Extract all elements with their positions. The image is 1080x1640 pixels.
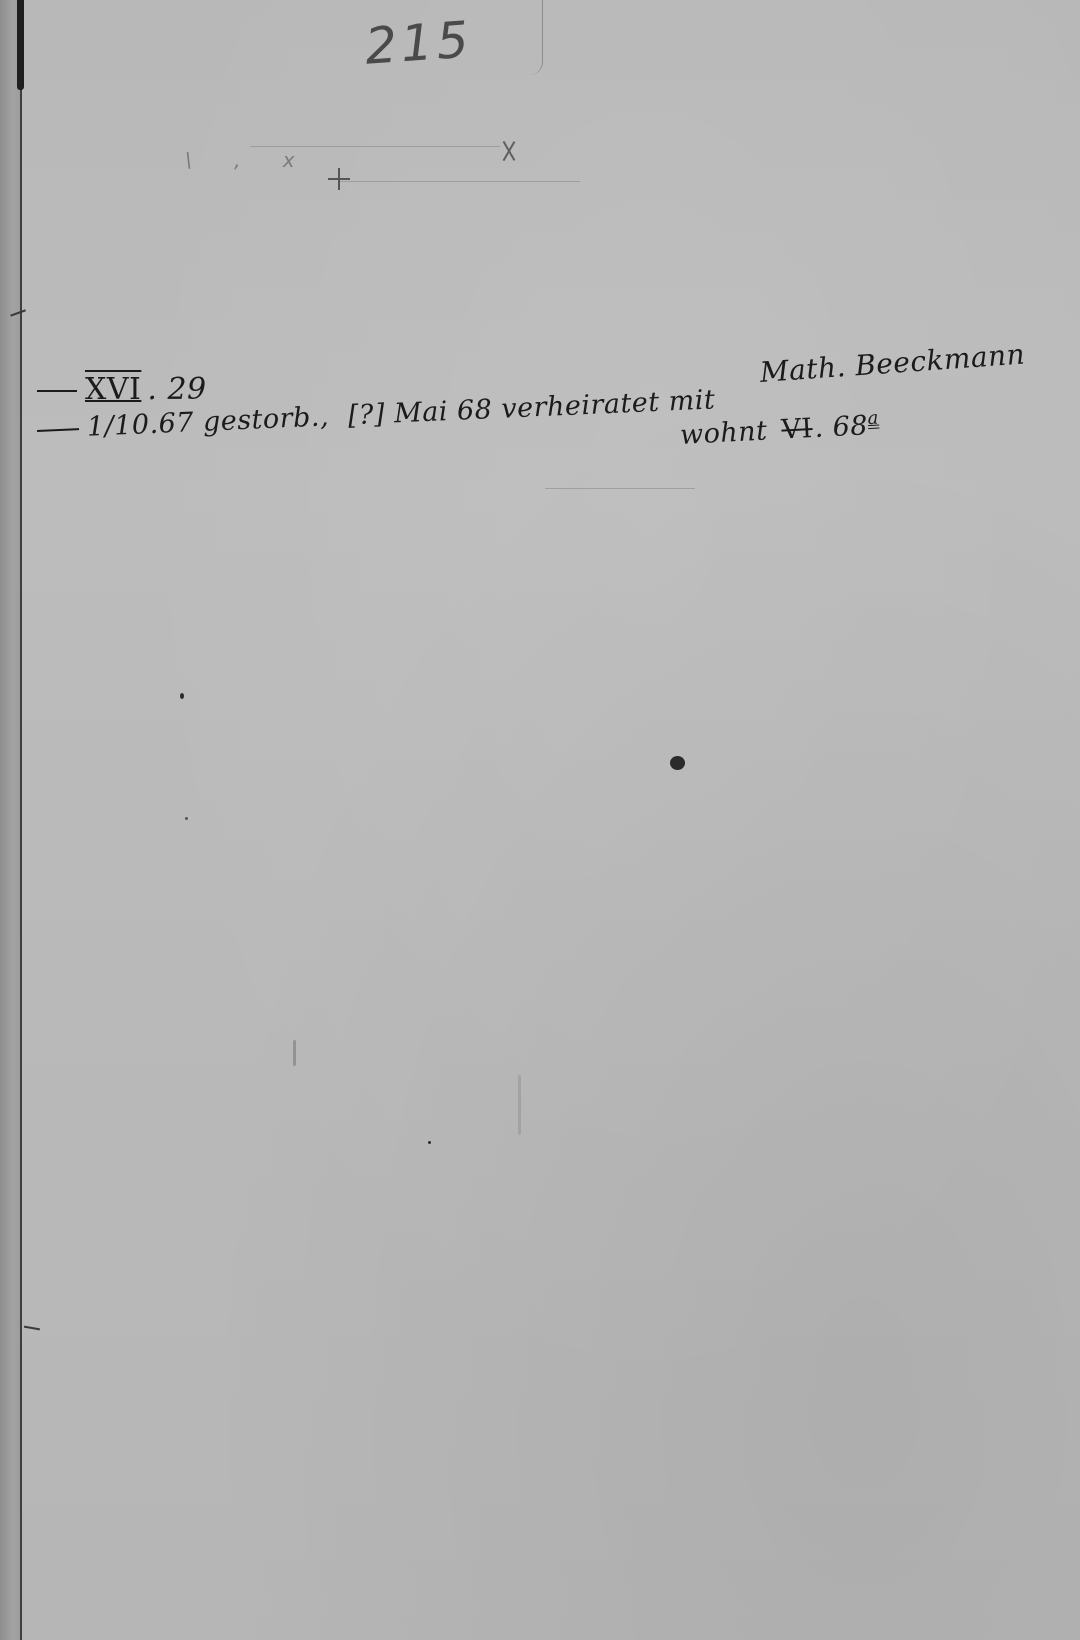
entry-reference-number: . 68: [814, 410, 869, 444]
binding-tear: [17, 0, 24, 90]
faint-ruled-line: [545, 488, 695, 489]
x-mark-icon: [497, 140, 519, 162]
entry-line-1: XVI. 29: [37, 372, 207, 407]
faint-pencil-marks: \ , x: [185, 148, 313, 172]
ink-spot: [428, 1141, 431, 1144]
ink-spot: [185, 817, 188, 820]
ink-spot: [180, 693, 184, 699]
entry-marriage-note: [?] Mai 68 verheiratet mit: [347, 384, 716, 431]
entry-dash: [37, 428, 79, 432]
smudge: [518, 1075, 521, 1135]
entry-death-date: 1/10.67 gestorb.,: [86, 401, 329, 443]
binding-strip: [0, 0, 22, 1640]
ink-spot: [670, 756, 685, 770]
document-page: 215 \ , x XVI. 29 1/10.67 gestorb., [?] …: [0, 0, 1080, 1640]
entry-spouse-name: Math. Beeckmann: [759, 338, 1026, 389]
entry-reference-roman: VI: [781, 413, 814, 446]
smudge: [293, 1040, 296, 1066]
faint-ruled-line: [340, 181, 580, 182]
binding-thread-mark: [24, 1326, 40, 1330]
entry-number: . 29: [147, 372, 206, 407]
fold-line: [530, 0, 543, 75]
cross-mark-icon: [328, 168, 350, 190]
entry-reference-suffix: a: [867, 408, 879, 430]
page-number: 215: [363, 10, 474, 75]
entry-residence-note: wohnt: [679, 415, 768, 451]
entry-dash: [37, 390, 77, 392]
entry-roman-numeral: XVI: [85, 372, 141, 407]
binding-edge: [20, 0, 22, 1640]
faint-ruled-line: [250, 146, 500, 147]
